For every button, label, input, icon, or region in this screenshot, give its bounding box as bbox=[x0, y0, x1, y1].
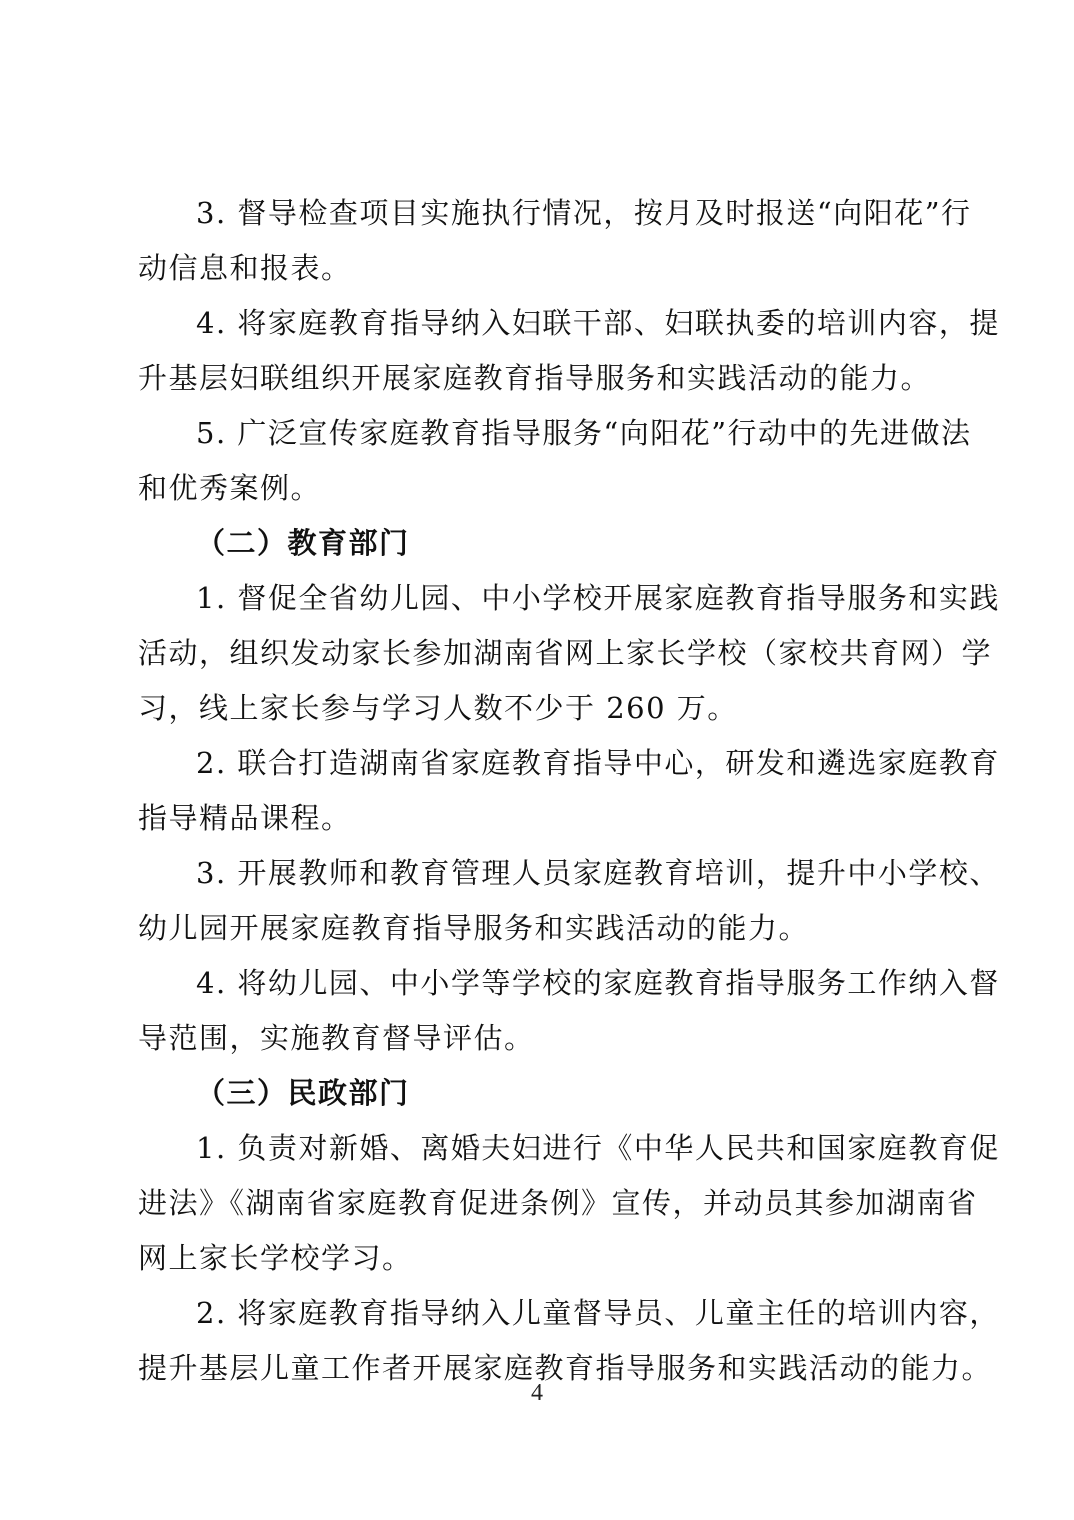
edu-para-3-line-1: 3. 开展教师和教育管理人员家庭教育培训，提升中小学校、 bbox=[138, 850, 938, 896]
edu-para-1-line-3: 习，线上家长参与学习人数不少于 260 万。 bbox=[138, 685, 938, 731]
edu-para-1-line-1: 1. 督促全省幼儿园、中小学校开展家庭教育指导服务和实践 bbox=[138, 575, 938, 621]
edu-para-4-line-2: 导范围，实施教育督导评估。 bbox=[138, 1015, 938, 1061]
page-number: 4 bbox=[0, 1380, 1074, 1407]
section-heading-education: （二）教育部门 bbox=[138, 520, 938, 566]
para-4-line-1: 4. 将家庭教育指导纳入妇联干部、妇联执委的培训内容，提 bbox=[138, 300, 938, 346]
edu-para-4-line-1: 4. 将幼儿园、中小学等学校的家庭教育指导服务工作纳入督 bbox=[138, 960, 938, 1006]
civil-para-2-line-1: 2. 将家庭教育指导纳入儿童督导员、儿童主任的培训内容， bbox=[138, 1290, 938, 1336]
civil-para-1-line-1: 1. 负责对新婚、离婚夫妇进行《中华人民共和国家庭教育促 bbox=[138, 1125, 938, 1171]
edu-para-2-line-1: 2. 联合打造湖南省家庭教育指导中心，研发和遴选家庭教育 bbox=[138, 740, 938, 786]
para-4-line-2: 升基层妇联组织开展家庭教育指导服务和实践活动的能力。 bbox=[138, 355, 938, 401]
civil-para-1-line-3: 网上家长学校学习。 bbox=[138, 1235, 938, 1281]
para-3-line-1: 3. 督导检查项目实施执行情况，按月及时报送“向阳花”行 bbox=[138, 190, 938, 236]
para-5-line-2: 和优秀案例。 bbox=[138, 465, 938, 511]
para-3-line-2: 动信息和报表。 bbox=[138, 245, 938, 291]
para-5-line-1: 5. 广泛宣传家庭教育指导服务“向阳花”行动中的先进做法 bbox=[138, 410, 938, 456]
edu-para-1-line-2: 活动，组织发动家长参加湖南省网上家长学校（家校共育网）学 bbox=[138, 630, 938, 676]
edu-para-2-line-2: 指导精品课程。 bbox=[138, 795, 938, 841]
section-heading-civil-affairs: （三）民政部门 bbox=[138, 1070, 938, 1116]
edu-para-3-line-2: 幼儿园开展家庭教育指导服务和实践活动的能力。 bbox=[138, 905, 938, 951]
civil-para-1-line-2: 进法》《湖南省家庭教育促进条例》宣传，并动员其参加湖南省 bbox=[138, 1180, 938, 1226]
